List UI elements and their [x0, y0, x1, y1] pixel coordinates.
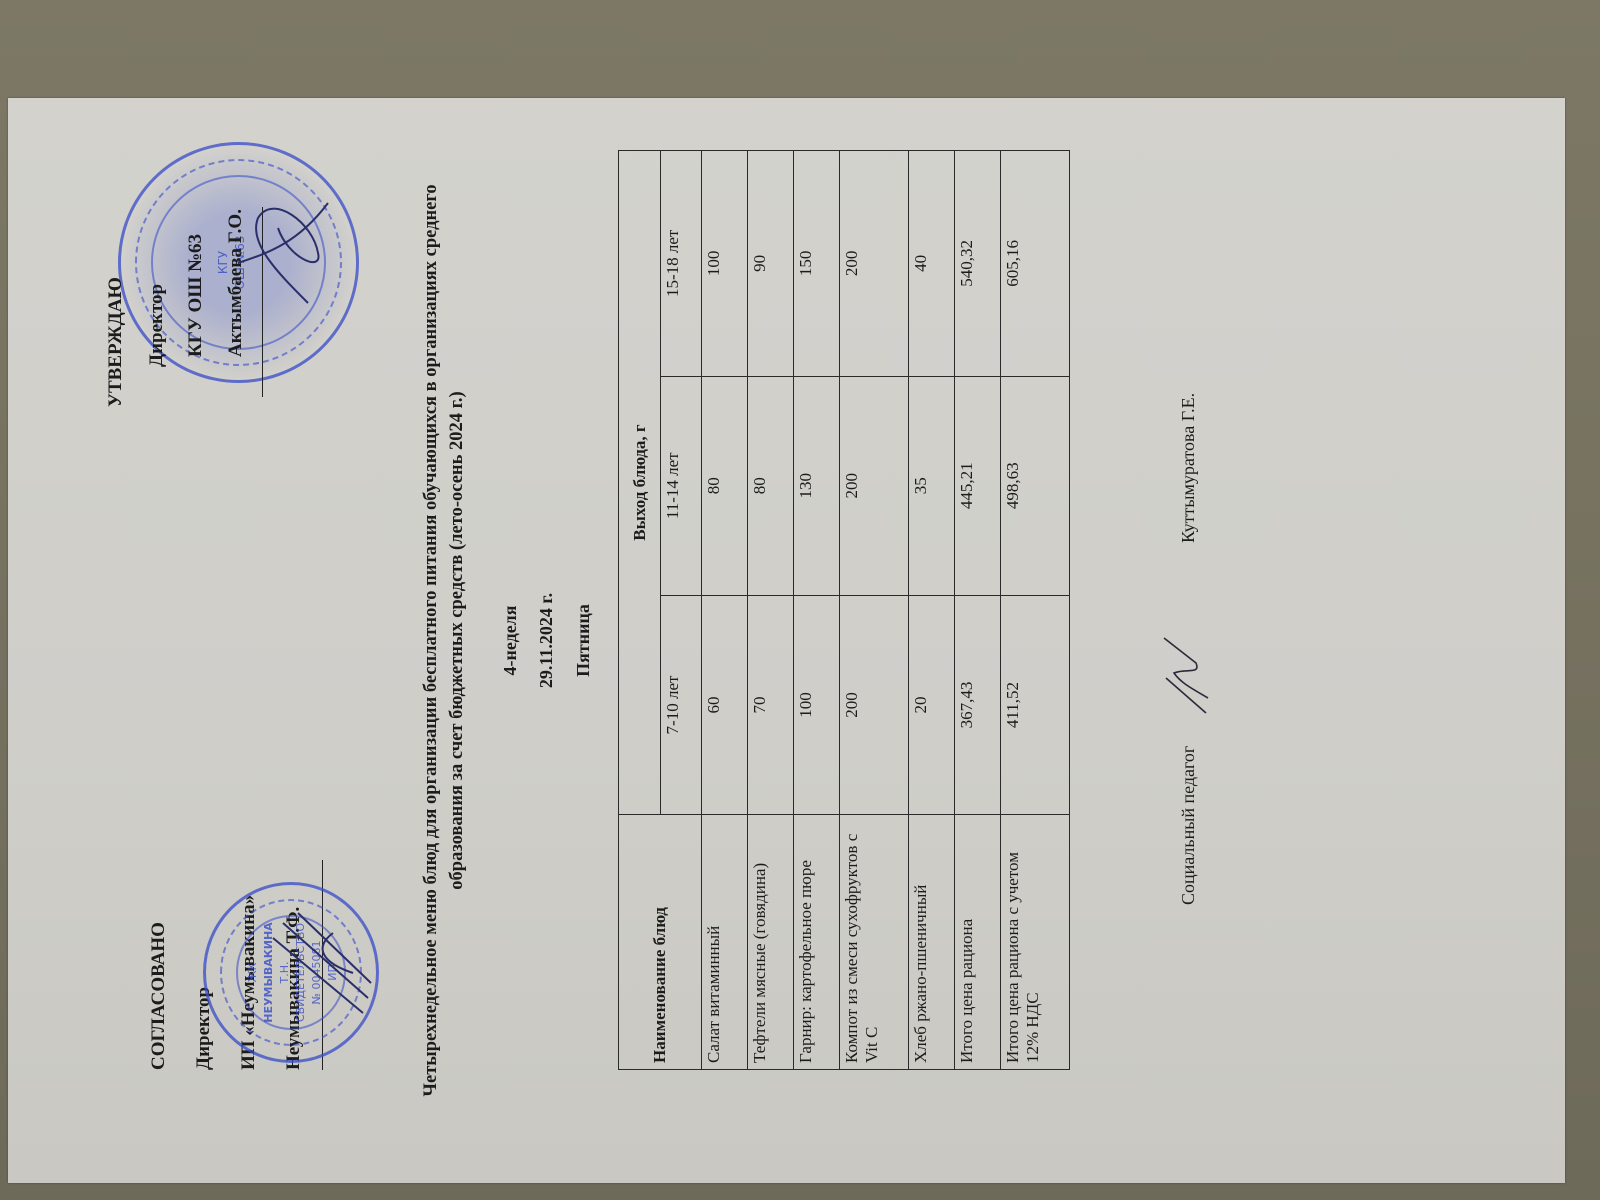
table-row: Компот из смеси сухофруктов с Vit C 200 … — [840, 151, 909, 1070]
menu-table: Наименование блюд Выход блюда, г 7-10 ле… — [618, 150, 1070, 1070]
table-row: Хлеб ржано-пшеничный 20 35 40 — [909, 151, 955, 1070]
table-row-total-vat: Итого цена рациона с учетом 12% НДС 411,… — [1001, 151, 1070, 1070]
yield-7-10: 200 — [840, 595, 909, 814]
table-row: Тефтели мясные (говядина) 70 80 90 — [748, 151, 794, 1070]
agreed-signature-icon — [243, 893, 383, 1033]
total-vat-7-10: 411,52 — [1001, 595, 1070, 814]
footer-name: Куттымуратова Г.Е. — [1178, 393, 1199, 543]
approved-organization: КГУ ОШ №63 — [176, 107, 216, 357]
yield-7-10: 70 — [748, 595, 794, 814]
approved-signature-icon — [218, 183, 338, 313]
yield-11-14: 80 — [748, 376, 794, 595]
total-label: Итого цена рациона — [955, 815, 1001, 1070]
yield-15-18: 40 — [909, 151, 955, 377]
total-7-10: 367,43 — [955, 595, 1001, 814]
yield-15-18: 100 — [702, 151, 748, 377]
yield-7-10: 60 — [702, 595, 748, 814]
dish-name: Салат витаминный — [702, 815, 748, 1070]
total-11-14: 445,21 — [955, 376, 1001, 595]
column-header-age-7-10: 7-10 лет — [661, 595, 702, 814]
dish-name: Компот из смеси сухофруктов с Vit C — [840, 815, 909, 1070]
table-row: Гарнир: картофельное пюре 100 130 150 — [794, 151, 840, 1070]
dish-name: Хлеб ржано-пшеничный — [909, 815, 955, 1070]
yield-15-18: 200 — [840, 151, 909, 377]
table-row-total: Итого цена рациона 367,43 445,21 540,32 — [955, 151, 1001, 1070]
yield-7-10: 20 — [909, 595, 955, 814]
yield-11-14: 35 — [909, 376, 955, 595]
yield-11-14: 200 — [840, 376, 909, 595]
dish-name: Гарнир: картофельное пюре — [794, 815, 840, 1070]
weekday-label: Пятница — [573, 98, 594, 1183]
approved-position: Директор — [138, 107, 176, 367]
week-label: 4-неделя — [500, 98, 521, 1183]
footer-signature-icon — [1156, 633, 1216, 723]
yield-15-18: 150 — [794, 151, 840, 377]
table-header-row: Наименование блюд Выход блюда, г — [619, 151, 661, 1070]
table-row: Салат витаминный 60 80 100 — [702, 151, 748, 1070]
footer-role: Социальный педагог — [1178, 746, 1199, 905]
yield-11-14: 80 — [702, 376, 748, 595]
document-title: Четырехнедельное меню блюд для организац… — [418, 158, 470, 1123]
menu-date: 29.11.2024 г. — [536, 98, 557, 1183]
total-vat-15-18: 605,16 — [1001, 151, 1070, 377]
column-header-age-15-18: 15-18 лет — [661, 151, 702, 377]
yield-11-14: 130 — [794, 376, 840, 595]
approved-heading: УТВЕРЖДАЮ — [93, 107, 138, 407]
column-header-yield: Выход блюда, г — [619, 151, 661, 815]
yield-15-18: 90 — [748, 151, 794, 377]
column-header-dish-name: Наименование блюд — [619, 815, 702, 1070]
total-vat-11-14: 498,63 — [1001, 376, 1070, 595]
dish-name: Тефтели мясные (говядина) — [748, 815, 794, 1070]
total-vat-label: Итого цена рациона с учетом 12% НДС — [1001, 815, 1070, 1070]
yield-7-10: 100 — [794, 595, 840, 814]
agreed-heading: СОГЛАСОВАНО — [136, 770, 181, 1070]
menu-document-page: СОГЛАСОВАНО Директор ИП «Неумывакина» Не… — [8, 98, 1565, 1183]
column-header-age-11-14: 11-14 лет — [661, 376, 702, 595]
total-15-18: 540,32 — [955, 151, 1001, 377]
